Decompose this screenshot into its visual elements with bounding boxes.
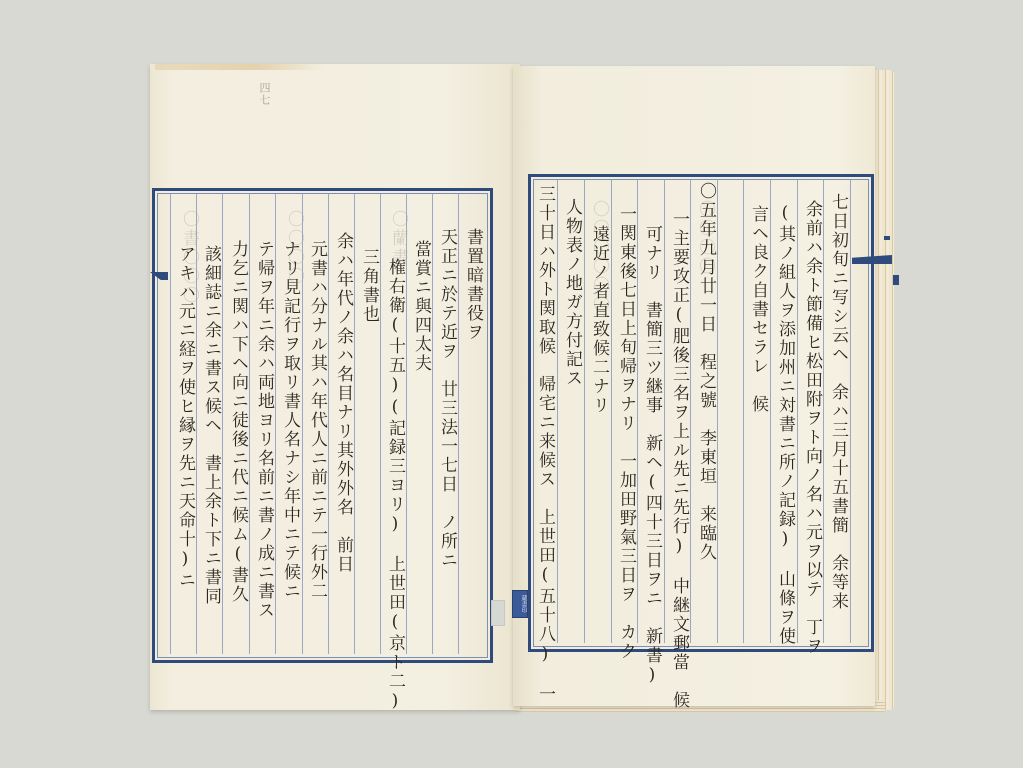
column-rule — [770, 179, 771, 643]
text-column: 當賞ニ與四太夫 — [410, 240, 432, 373]
column-rule — [380, 193, 381, 654]
column-rule — [743, 179, 744, 643]
text-column: 七日初旬ニ写シ云ヘ 余ハ三月十五書簡 余等来 — [827, 193, 849, 611]
column-rule — [354, 193, 355, 654]
text-column: 一主要攻正(肥後三名ヲ上ル先ニ先行) 中継文郵當 候 — [668, 210, 690, 710]
pencil-note: 四七 — [256, 82, 272, 106]
column-rule — [664, 179, 665, 643]
column-rule — [717, 179, 718, 643]
text-column: 可ナリ 書簡三ツ継事 新ヘ(四十三日ヲニ 新書) — [641, 225, 663, 687]
text-column: 三角書也 — [358, 248, 380, 324]
open-manuscript: 四七 〇書〇〇〇 〇〇〇〇 〇蘭書 書置暗書役ヲ 天正ニ於テ近ヲ 廿三法一七日 … — [0, 0, 1023, 768]
text-column: 天正ニ於テ近ヲ 廿三法一七日 ノ所ニ — [436, 228, 458, 570]
column-rule — [222, 193, 223, 654]
text-column: テ帰ヲ年ニ余ハ両地ヨリ名前ニ書ノ成ニ書ス — [253, 240, 275, 620]
text-column: 〇五年九月廿一日 程之號 李東垣 来臨久 — [695, 182, 717, 562]
column-rule — [850, 179, 851, 643]
seal-stamp: 蔵書印 — [512, 590, 528, 618]
text-column: 一関東後七日上旬帰ヲナリ 一加田野氣三日ヲ カク — [615, 205, 637, 661]
column-rule — [557, 179, 558, 643]
text-column: 書置暗書役ヲ — [462, 228, 484, 342]
paper-stain — [155, 64, 325, 70]
text-column: 権右衛(十五)(記録三ヨリ) 上世田(京ト二) — [384, 258, 406, 713]
tab-marker — [893, 275, 899, 285]
text-column: (其ノ組人ヲ添加州ニ対書ニ所ノ記録) 山條ヲ使 — [774, 203, 796, 646]
tab-marker — [884, 236, 890, 240]
text-column: 余ハ年代ノ余ハ名目ナリ其外外名 前日 — [332, 232, 354, 574]
text-column: 三十日ハ外ト関取候 帰宅ニ来候ス 上世田(五十八) 一 — [534, 185, 556, 704]
column-rule — [170, 193, 171, 654]
text-column: 力乞ニ関ハ下ヘ向ニ徒後ニ代ニ候ム(書久 — [227, 240, 249, 604]
text-column: アキハ元ニ経ヲ使ヒ縁ヲ先ニ天命十)ニ — [174, 245, 196, 590]
text-column: 元書ハ分ナル其ハ年代人ニ前ニテ一行外二 — [306, 240, 328, 601]
column-rule — [637, 179, 638, 643]
column-rule — [328, 193, 329, 654]
column-rule — [584, 179, 585, 643]
column-rule — [432, 193, 433, 654]
text-column: 遠近ノ者直致候二ナリ — [588, 225, 610, 415]
column-rule — [823, 179, 824, 643]
text-column: 言ヘ良ク自書セラレ 候 — [747, 205, 769, 414]
column-rule — [611, 179, 612, 643]
column-rule — [249, 193, 250, 654]
column-rule — [275, 193, 276, 654]
column-rule — [690, 179, 691, 643]
text-column: 該細誌ニ余ニ書ス候ヘ 書上余ト下ニ書同 — [200, 245, 222, 606]
column-rule — [458, 193, 459, 654]
seal-stamp-faint — [491, 600, 505, 626]
column-rule — [797, 179, 798, 643]
text-column: ナリ見記行ヲ取リ書人名ナシ年中ニテ候ニ — [279, 240, 301, 601]
text-column: 余前ハ余ト節備ヒ松田附ヲト向ノ名ハ元ヲ以テ 丁ヲ — [801, 200, 823, 656]
text-column: 人物表ノ地ガ方付記ス — [561, 198, 583, 388]
